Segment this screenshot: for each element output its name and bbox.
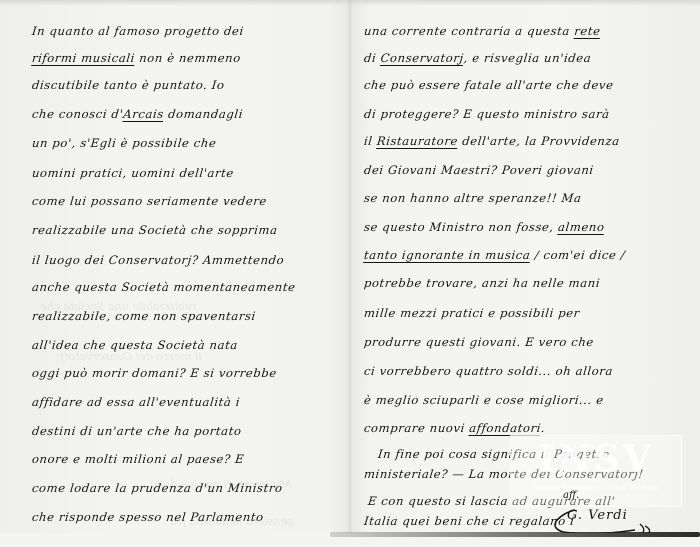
manuscript-line: discutibile tanto è puntato. Io [31, 78, 225, 92]
manuscript-line: il luogo dei Conservatorj? Ammettendo [31, 253, 285, 267]
manuscript-line: dei Giovani Maestri? Poveri giovani [363, 163, 594, 177]
manuscript-line: mille mezzi pratici e possibili per [363, 306, 580, 320]
underlined-phrase: Conservatorj [380, 51, 465, 65]
signature-block: aff. G. Verdi [545, 488, 665, 538]
manuscript-line: In quanto al famoso progetto dei [31, 24, 244, 38]
manuscript-line: di proteggere? E questo ministro sarà [363, 107, 610, 121]
scan-edge-shadow [330, 532, 700, 537]
manuscript-line: comprare nuovi affondatori. [363, 421, 546, 435]
underlined-phrase: affondatori [469, 421, 542, 435]
watermark-logo: INSV [511, 436, 681, 482]
closing-abbrev: aff. [563, 490, 579, 501]
manuscript-line: onore e molti milioni al paese? E [31, 452, 245, 466]
manuscript-line: realizzabile, come non spaventarsi [31, 309, 256, 323]
manuscript-line: tanto ignorante in musica / com'ei dice … [363, 248, 626, 262]
underlined-phrase: tanto ignorante in musica [363, 248, 531, 262]
manuscript-scan: realizzabile una Società che il mezzo de… [0, 0, 700, 547]
manuscript-line: di Conservatorj, e risveglia un'idea [363, 51, 592, 65]
manuscript-line: che può essere fatale all'arte che deve [363, 78, 614, 92]
manuscript-line: destini di un'arte che ha portato [31, 424, 242, 438]
manuscript-line: potrebbe trovare, anzi ha nelle mani [363, 276, 601, 290]
manuscript-line: che risponde spesso nel Parlamento [31, 510, 264, 524]
manuscript-line: un po', s'Egli è possibile che [31, 136, 217, 150]
underlined-phrase: almeno [557, 220, 605, 234]
manuscript-line: ci vorrebbero quattro soldi... oh allora [363, 364, 613, 378]
underlined-phrase: Ristauratore [376, 134, 459, 148]
manuscript-line: riformi musicali non è nemmeno [31, 51, 241, 65]
manuscript-line: il Ristauratore dell'arte, la Provvidenz… [363, 134, 620, 148]
manuscript-line: è meglio sciuparli e cose migliori... e [363, 393, 604, 407]
underlined-phrase: rete [574, 24, 602, 38]
manuscript-line: all'idea che questa Società nata [31, 338, 238, 352]
manuscript-line: anche questa Società momentaneamente [31, 280, 296, 294]
underlined-phrase: Arcais [123, 107, 165, 121]
signature: G. Verdi [567, 508, 628, 523]
manuscript-line: che conosci d'Arcais domandagli [31, 107, 244, 121]
manuscript-line: realizzabile una Società che sopprima [31, 223, 278, 237]
manuscript-line: Italia quei beni che ci regalano i [363, 514, 575, 528]
page-fold [347, 0, 353, 547]
manuscript-line: come lodare la prudenza d'un Ministro [31, 481, 283, 495]
manuscript-line: oggi può morir domani? E si vorrebbe [31, 366, 277, 380]
underlined-phrase: riformi musicali [31, 51, 135, 65]
manuscript-line: uomini pratici, uomini dell'arte [31, 166, 234, 180]
manuscript-line: produrre questi giovani. E vero che [363, 335, 594, 349]
manuscript-line: se questo Ministro non fosse, almeno [363, 220, 605, 234]
manuscript-line: se non hanno altre speranze!! Ma [363, 191, 582, 205]
manuscript-line: affidare ad essa all'eventualità i [31, 395, 241, 409]
manuscript-line: una corrente contraria a questa rete [363, 24, 601, 38]
manuscript-line: come lui possano seriamente vedere [31, 194, 267, 208]
